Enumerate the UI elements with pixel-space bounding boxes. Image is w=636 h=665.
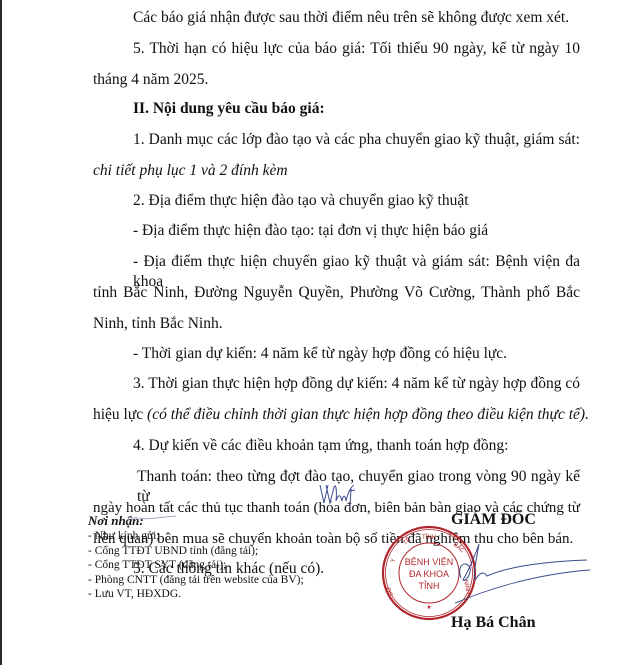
svg-text:TỈNH: TỈNH	[419, 580, 440, 591]
svg-text:TỈNH: TỈNH	[422, 534, 436, 541]
text-line: 5. Thời hạn có hiệu lực của báo giá: Tối…	[133, 39, 580, 59]
recipient-item: - Cổng TTĐT SYT (đăng tải);	[88, 558, 304, 573]
svg-text:Y: Y	[390, 558, 397, 564]
handwritten-signature-icon	[455, 540, 595, 620]
handwritten-mark-icon	[126, 513, 178, 523]
text-line: hiệu lực (có thể điều chỉnh thời gian th…	[93, 405, 580, 425]
section-heading: II. Nội dung yêu cầu báo giá:	[133, 99, 580, 119]
text-line: tháng 4 năm 2025.	[93, 70, 580, 90]
recipients-title: Nơi nhận:	[88, 513, 304, 529]
handwritten-initial-icon	[318, 481, 358, 507]
text-span: hiệu lực	[93, 406, 147, 423]
text-line: Các báo giá nhận được sau thời điểm nêu …	[133, 8, 580, 28]
signatory-name: Hạ Bá Chân	[451, 614, 535, 632]
recipient-item: - Phòng CNTT (đăng tải trên website của …	[88, 573, 304, 588]
svg-text:SỞ: SỞ	[385, 586, 395, 597]
text-line: 1. Danh mục các lớp đào tạo và các pha c…	[133, 130, 580, 150]
recipient-item: - Cổng TTĐT UBND tỉnh (đăng tải);	[88, 544, 304, 559]
text-line: chi tiết phụ lục 1 và 2 đính kèm	[93, 161, 580, 181]
text-line: - Thời gian dự kiến: 4 năm kể từ ngày hợ…	[133, 344, 580, 364]
svg-text:★: ★	[426, 604, 431, 611]
recipient-item: - Như kính gửi;	[88, 529, 304, 544]
svg-text:ĐA KHOA: ĐA KHOA	[409, 569, 449, 579]
text-line: tỉnh Bắc Ninh, Đường Nguyễn Quyền, Phườn…	[93, 283, 580, 303]
svg-text:BỆNH VIỆN: BỆNH VIỆN	[405, 557, 454, 567]
text-line: 2. Địa điểm thực hiện đào tạo và chuyển …	[133, 191, 580, 211]
text-span-italic: (có thể điều chỉnh thời gian thực hiện h…	[147, 406, 589, 423]
text-line: 3. Thời gian thực hiện hợp đồng dự kiến:…	[133, 374, 580, 394]
recipients-block: Nơi nhận: - Như kính gửi; - Cổng TTĐT UB…	[88, 513, 304, 602]
recipient-item: - Lưu VT, HĐXDG.	[88, 587, 304, 602]
text-line: Ninh, tỉnh Bắc Ninh.	[93, 314, 580, 334]
text-line: 4. Dự kiến về các điều khoản tạm ứng, th…	[133, 436, 580, 456]
text-line: - Địa điểm thực hiện đào tạo: tại đơn vị…	[133, 221, 580, 241]
